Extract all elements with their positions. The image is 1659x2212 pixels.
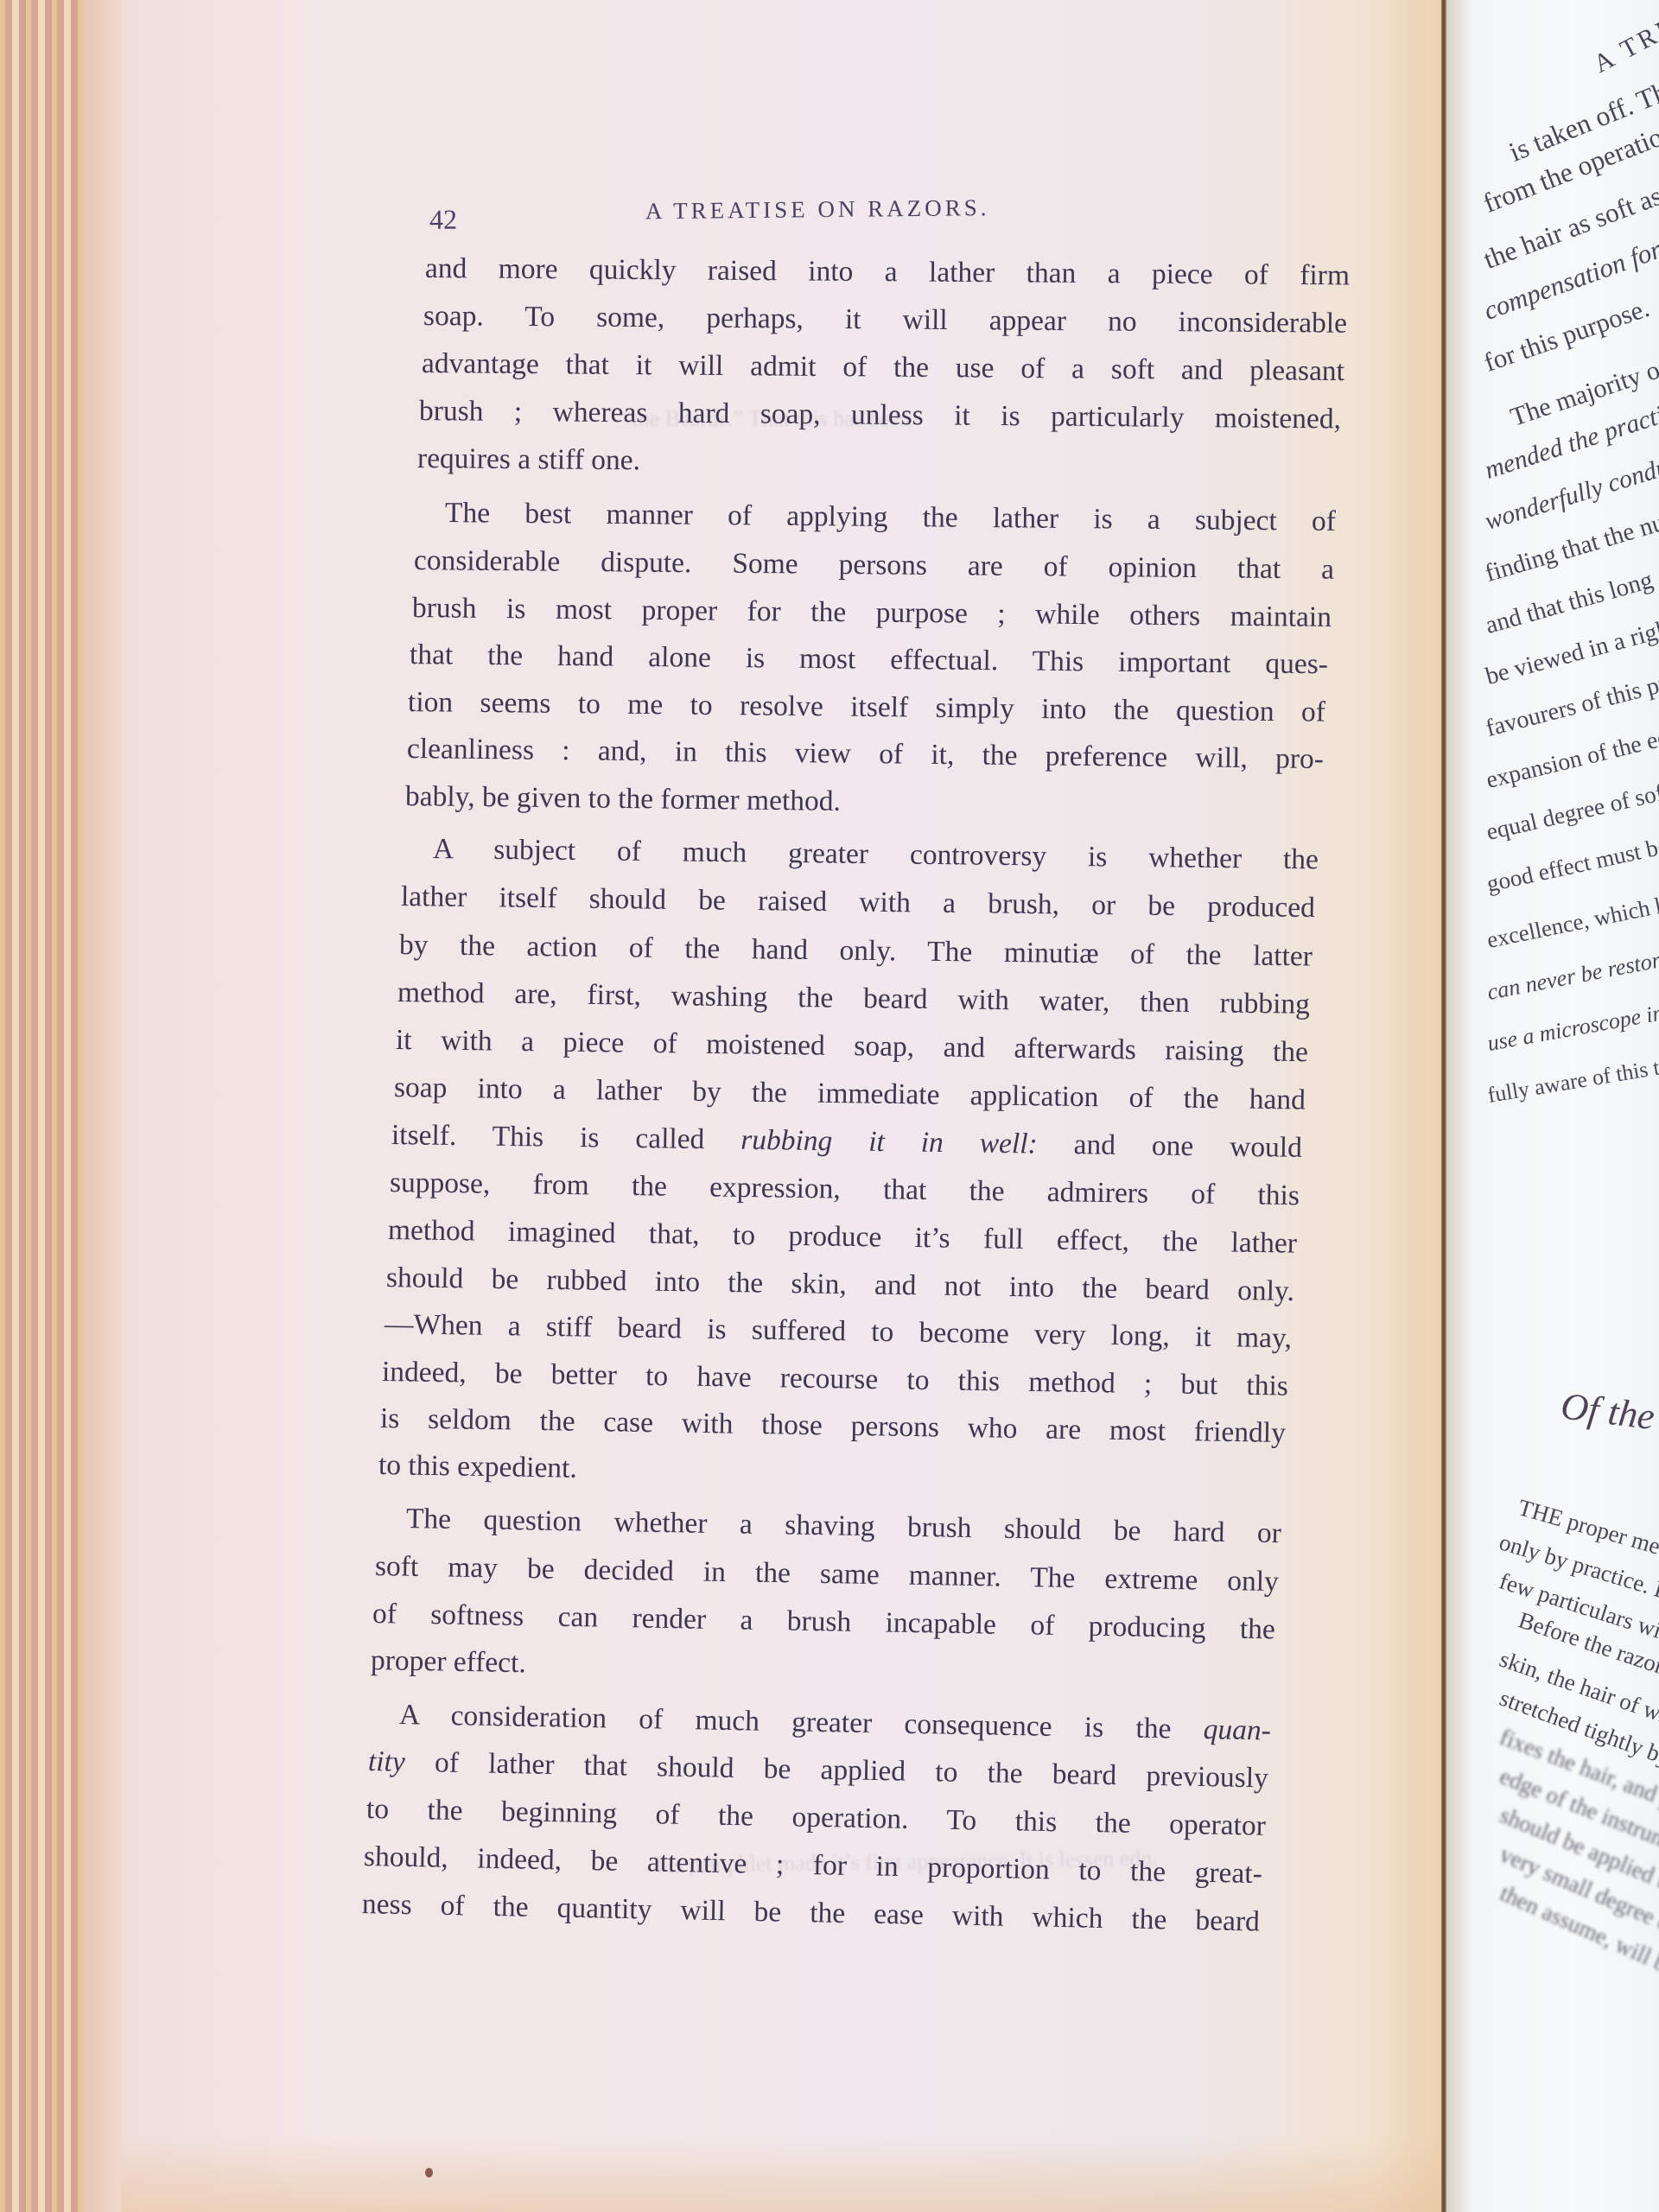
facing-text-line: use a microscope in th: [1485, 997, 1659, 1055]
facing-text-line: fully aware of this trut: [1486, 1052, 1659, 1107]
facing-text-line: good effect must be: [1484, 834, 1659, 896]
facing-text-line: excellence, which h: [1485, 893, 1659, 951]
facing-text-line: A TREA: [1590, 3, 1659, 78]
paper-speck: [425, 2168, 433, 2177]
facing-text-line: can never be restored: [1485, 944, 1659, 1004]
page-number: 42: [429, 204, 457, 236]
right-page: A TREAis taken off. The injuryfrom the o…: [1446, 0, 1659, 2212]
italic-phrase: quan-: [1203, 1713, 1271, 1746]
facing-text-line: Of the Proper: [1559, 1387, 1659, 1450]
italic-phrase: rubbing it in well:: [741, 1124, 1038, 1160]
running-head: A TREATISE ON RAZORS.: [645, 194, 990, 225]
italic-phrase: tity: [368, 1745, 405, 1778]
page-header: 42 A TREATISE ON RAZORS.: [429, 194, 1069, 244]
page-stain: [121, 2134, 1445, 2212]
